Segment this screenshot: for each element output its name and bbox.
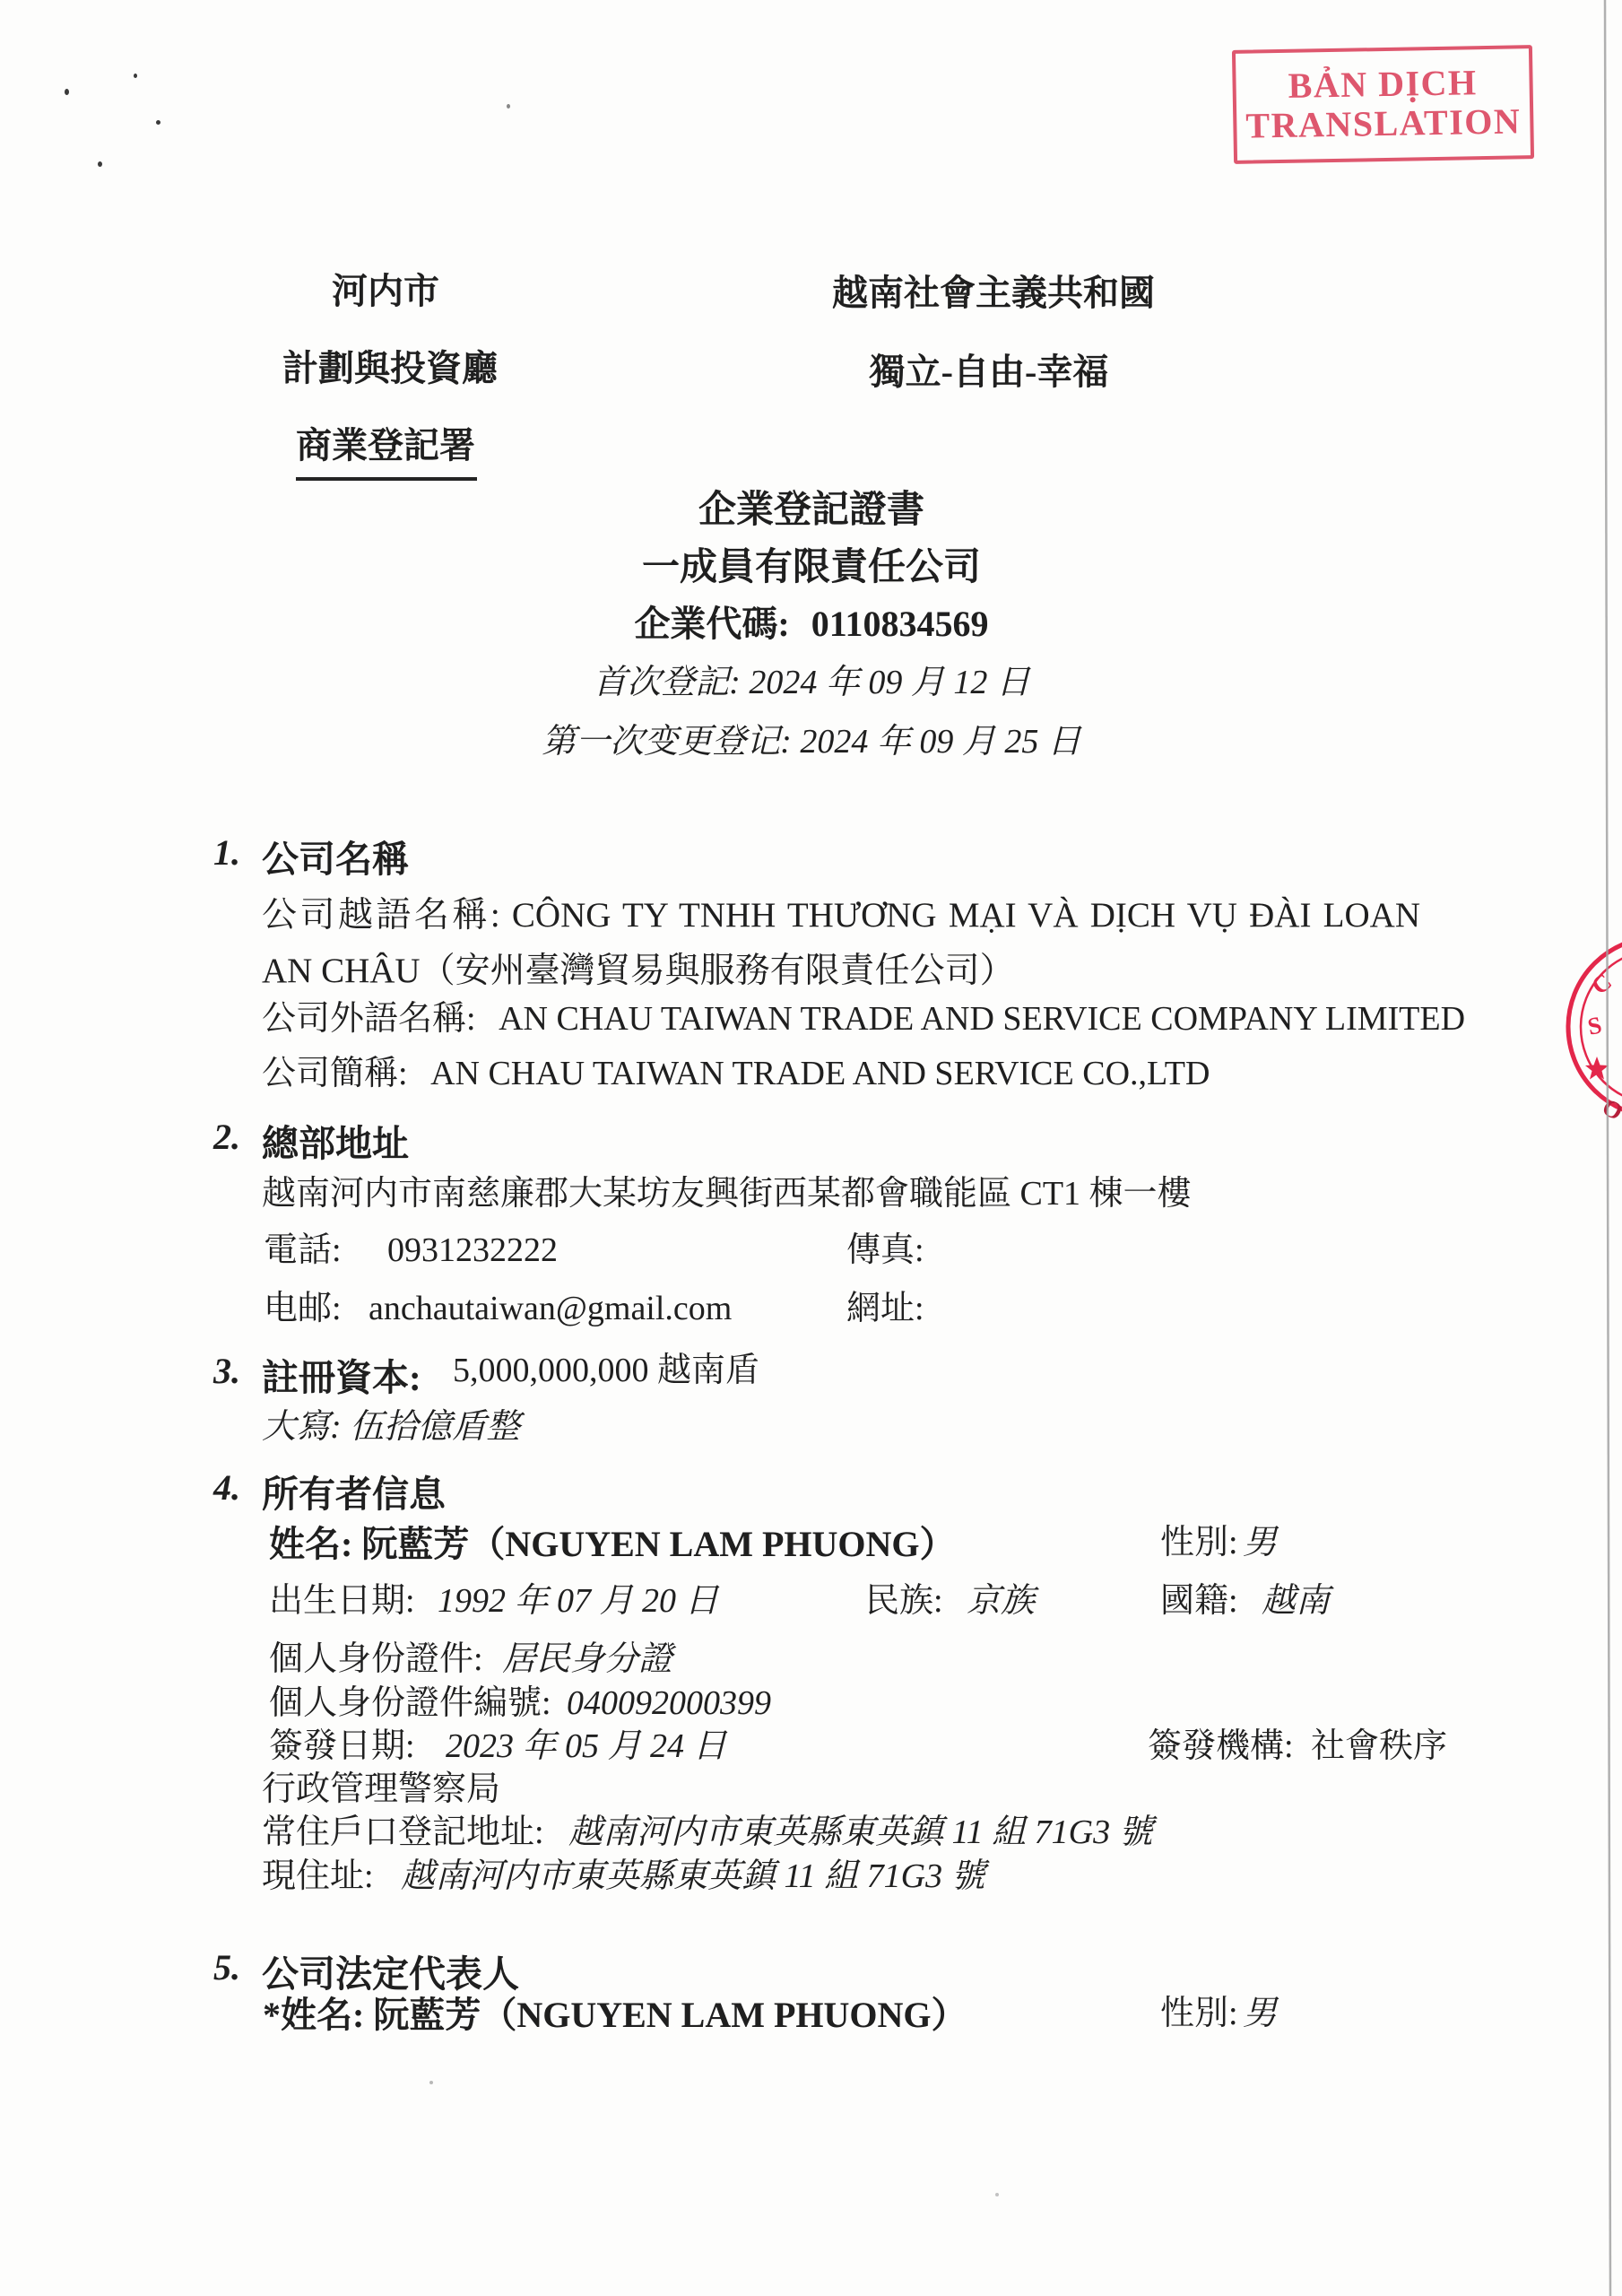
header-city: 河内市 xyxy=(332,269,439,314)
short-name-label: 公司簡稱: xyxy=(262,1055,408,1092)
section-4-heading: 所有者信息 xyxy=(262,1465,446,1518)
scan-speck xyxy=(65,89,69,95)
enterprise-code-label: 企業代碼: xyxy=(634,604,789,644)
permanent-address-value: 越南河内市東英縣東英鎮 11 組 71G3 號 xyxy=(568,1812,1153,1855)
section-5-number: 5. xyxy=(213,1946,240,1988)
id-type-label: 個人身份證件: xyxy=(269,1639,483,1682)
section-1-number: 1. xyxy=(213,831,240,874)
company-vietnamese-name: 公司越語名稱: CÔNG TY TNHH THƯƠNG MẠI VÀ DỊCH … xyxy=(262,888,1420,999)
issue-date-value: 2023 年 05 月 24 日 xyxy=(446,1726,727,1769)
first-registration-line: 首次登記: 2024 年 09 月 12 日 xyxy=(593,662,1030,705)
section-3-number: 3. xyxy=(213,1350,240,1392)
phone-fax-row: 電話: 0931232222 傳真: xyxy=(0,1230,1622,1280)
headquarters-address: 越南河内市南慈廉郡大某坊友興街西某都會職能區 CT1 棟一樓 xyxy=(262,1173,1192,1216)
partial-official-seal: C S O xyxy=(1514,924,1622,1130)
dob-label: 出生日期: xyxy=(269,1580,415,1623)
phone-value: 0931232222 xyxy=(387,1230,558,1273)
seal-letter-icon: O xyxy=(1598,1093,1622,1126)
scan-speck xyxy=(507,104,510,109)
document-page: BẢN DỊCH TRANSLATION 河内市 計劃與投資廳 商業登記署 越南… xyxy=(0,0,1622,2296)
dob-value: 1992 年 07 月 20 日 xyxy=(438,1580,719,1623)
seal-letter-icon: C xyxy=(1586,968,1617,1000)
scan-speck xyxy=(995,2193,999,2196)
scan-speck xyxy=(98,161,102,167)
seal-letter-icon: S xyxy=(1585,1011,1604,1039)
owner-dob-row: 出生日期: 1992 年 07 月 20 日 民族: 京族 國籍: 越南 xyxy=(0,1580,1622,1631)
enterprise-code-line: 企業代碼: 0110834569 xyxy=(634,602,988,647)
section-2-heading: 總部地址 xyxy=(262,1114,409,1167)
seal-star-icon xyxy=(1585,1057,1609,1080)
section-4-number: 4. xyxy=(213,1466,240,1509)
stamp-text-vietnamese: BẢN DỊCH xyxy=(1288,64,1478,105)
stamp-text-english: TRANSLATION xyxy=(1245,100,1522,146)
section-1-heading: 公司名稱 xyxy=(262,830,409,883)
ethnicity-value: 京族 xyxy=(967,1580,1035,1623)
header-department: 計劃與投資廳 xyxy=(282,346,498,391)
id-number-label: 個人身份證件編號: xyxy=(269,1683,551,1726)
scan-speck xyxy=(429,2081,433,2084)
scan-edge-line xyxy=(0,0,1622,2296)
translation-stamp: BẢN DỊCH TRANSLATION xyxy=(1232,45,1534,164)
foreign-name-value: AN CHAU TAIWAN TRADE AND SERVICE COMPANY… xyxy=(499,1000,1465,1038)
foreign-name-label: 公司外語名稱: xyxy=(262,1000,476,1038)
scan-speck xyxy=(156,120,160,125)
current-address-value: 越南河内市東英縣東英鎮 11 組 71G3 號 xyxy=(401,1856,985,1899)
company-foreign-name-line: 公司外語名稱: AN CHAU TAIWAN TRADE AND SERVICE… xyxy=(262,998,1465,1041)
header-motto: 獨立-自由-幸福 xyxy=(870,350,1109,395)
owner-name-row: 姓名: 阮藍芳（NGUYEN LAM PHUONG） 性別: 男 xyxy=(0,1522,1622,1572)
section-2-number: 2. xyxy=(213,1116,240,1158)
company-short-name-line: 公司簡稱: AN CHAU TAIWAN TRADE AND SERVICE C… xyxy=(262,1053,1210,1096)
owner-gender-value: 男 xyxy=(1243,1522,1277,1565)
issuer-label: 簽發機構: xyxy=(1148,1726,1294,1769)
nationality-value: 越南 xyxy=(1262,1580,1330,1623)
first-change-line: 第一次变更登记: 2024 年 09 月 25 日 xyxy=(542,721,1081,764)
header-registry-office: 商業登記署 xyxy=(296,423,475,468)
email-value: anchautaiwan@gmail.com xyxy=(369,1288,732,1331)
header-underline xyxy=(296,477,477,481)
issue-date-row: 簽發日期: 2023 年 05 月 24 日 簽發機構: 社會秩序 xyxy=(0,1726,1622,1776)
ethnicity-label: 民族: xyxy=(865,1580,943,1623)
fax-label: 傳真: xyxy=(846,1230,924,1273)
capital-in-words: 大寫: 伍拾億盾整 xyxy=(262,1406,520,1449)
website-label: 網址: xyxy=(846,1288,924,1331)
scan-speck xyxy=(134,74,137,78)
representative-gender-label: 性別: xyxy=(1160,1993,1238,2036)
issuer-value-part1: 社會秩序 xyxy=(1311,1726,1447,1769)
owner-gender-label: 性別: xyxy=(1160,1522,1238,1565)
section-3-heading: 註冊資本: xyxy=(262,1348,421,1401)
owner-name: 姓名: 阮藍芳（NGUYEN LAM PHUONG） xyxy=(269,1522,956,1567)
email-label: 电邮: xyxy=(264,1288,342,1331)
owner-id-row: 個人身份證件: 居民身分證 xyxy=(0,1639,1622,1689)
permanent-address-label: 常住戶口登記地址: xyxy=(262,1812,544,1855)
representative-name: *姓名: 阮藍芳（NGUYEN LAM PHUONG） xyxy=(263,1993,967,2038)
company-type-title: 一成員有限責任公司 xyxy=(642,544,981,592)
registered-capital-value: 5,000,000,000 越南盾 xyxy=(453,1350,759,1393)
representative-name-row: *姓名: 阮藍芳（NGUYEN LAM PHUONG） 性別: 男 xyxy=(0,1993,1622,2043)
current-address-row: 現住址: 越南河内市東英縣東英鎮 11 組 71G3 號 xyxy=(0,1856,1622,1906)
representative-gender-value: 男 xyxy=(1243,1993,1277,2036)
header-nation: 越南社會主義共和國 xyxy=(832,271,1155,316)
nationality-label: 國籍: xyxy=(1160,1580,1238,1623)
section-5-heading: 公司法定代表人 xyxy=(262,1944,519,1997)
certificate-title: 企業登記證書 xyxy=(698,487,924,535)
issuer-value-part2: 行政管理警察局 xyxy=(262,1769,500,1812)
permanent-address-row: 常住戶口登記地址: 越南河内市東英縣東英鎮 11 組 71G3 號 xyxy=(0,1812,1622,1862)
id-type-value: 居民身分證 xyxy=(502,1639,672,1682)
issue-date-label: 簽發日期: xyxy=(269,1726,415,1769)
id-number-value: 040092000399 xyxy=(567,1683,771,1726)
enterprise-code-value: 0110834569 xyxy=(811,604,989,644)
email-web-row: 电邮: anchautaiwan@gmail.com 網址: xyxy=(0,1288,1622,1338)
current-address-label: 現住址: xyxy=(262,1856,374,1899)
short-name-value: AN CHAU TAIWAN TRADE AND SERVICE CO.,LTD xyxy=(430,1055,1210,1092)
phone-label: 電話: xyxy=(264,1230,342,1273)
